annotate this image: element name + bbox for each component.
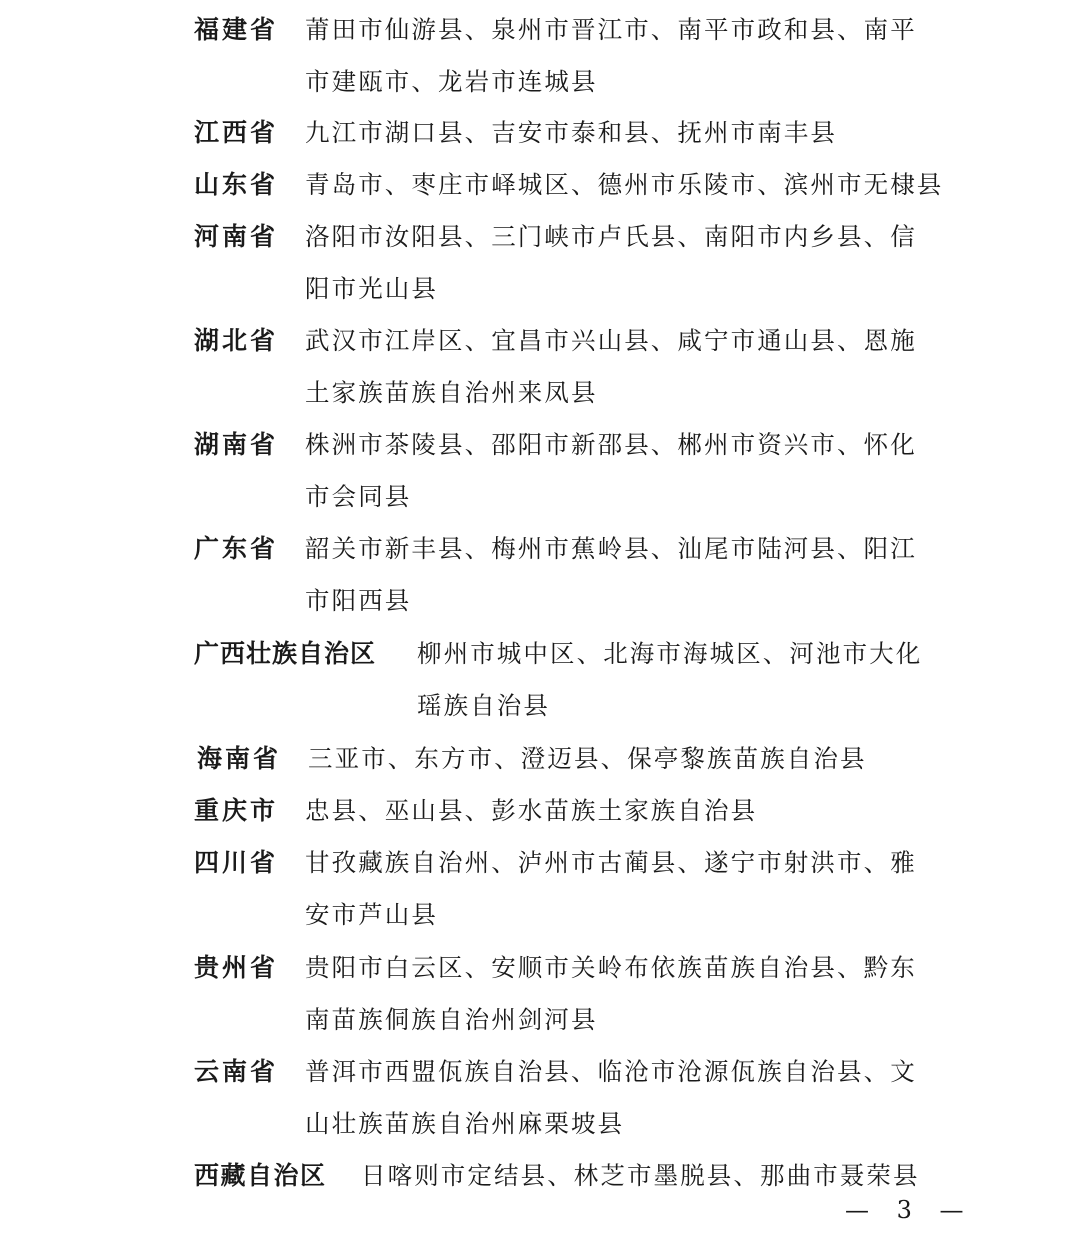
- content-line: 贵阳市白云区、安顺市关岭布依族苗族自治县、黔东: [305, 942, 945, 994]
- content-line: 忠县、巫山县、彭水苗族土家族自治县: [305, 785, 945, 837]
- region-label: 重庆市: [194, 785, 278, 837]
- region-content: 韶关市新丰县、梅州市蕉岭县、汕尾市陆河县、阳江 市阳西县: [305, 523, 945, 627]
- content-line: 三亚市、东方市、澄迈县、保亭黎族苗族自治县: [308, 733, 948, 785]
- content-line: 瑶族自治县: [417, 680, 1057, 732]
- region-label: 河南省: [194, 211, 278, 263]
- content-line: 韶关市新丰县、梅州市蕉岭县、汕尾市陆河县、阳江: [305, 523, 945, 575]
- content-line: 市会同县: [305, 471, 945, 523]
- region-label: 福建省: [194, 4, 278, 56]
- region-content: 忠县、巫山县、彭水苗族土家族自治县: [305, 785, 945, 837]
- region-label: 广西壮族自治区: [194, 628, 376, 680]
- region-content: 洛阳市汝阳县、三门峡市卢氏县、南阳市内乡县、信 阳市光山县: [305, 211, 945, 315]
- region-label: 广东省: [194, 523, 278, 575]
- region-content: 九江市湖口县、吉安市泰和县、抚州市南丰县: [305, 107, 945, 159]
- region-label: 贵州省: [194, 942, 278, 994]
- region-content: 普洱市西盟佤族自治县、临沧市沧源佤族自治县、文 山壮族苗族自治州麻栗坡县: [305, 1046, 945, 1150]
- content-line: 柳州市城中区、北海市海城区、河池市大化: [417, 628, 1057, 680]
- content-line: 莆田市仙游县、泉州市晋江市、南平市政和县、南平: [305, 4, 945, 56]
- content-line: 安市芦山县: [305, 889, 945, 941]
- region-content: 柳州市城中区、北海市海城区、河池市大化 瑶族自治县: [417, 628, 1057, 732]
- content-line: 土家族苗族自治州来凤县: [305, 367, 945, 419]
- content-line: 甘孜藏族自治州、泸州市古蔺县、遂宁市射洪市、雅: [305, 837, 945, 889]
- content-line: 普洱市西盟佤族自治县、临沧市沧源佤族自治县、文: [305, 1046, 945, 1098]
- region-label: 云南省: [194, 1046, 278, 1098]
- content-line: 市阳西县: [305, 575, 945, 627]
- content-line: 武汉市江岸区、宜昌市兴山县、咸宁市通山县、恩施: [305, 315, 945, 367]
- region-label: 山东省: [194, 159, 278, 211]
- page-number: — 3 —: [845, 1196, 974, 1224]
- content-line: 九江市湖口县、吉安市泰和县、抚州市南丰县: [305, 107, 945, 159]
- region-label: 湖南省: [194, 419, 278, 471]
- content-line: 日喀则市定结县、林芝市墨脱县、那曲市聂荣县: [361, 1150, 1001, 1202]
- content-line: 洛阳市汝阳县、三门峡市卢氏县、南阳市内乡县、信: [305, 211, 945, 263]
- content-line: 山壮族苗族自治州麻栗坡县: [305, 1098, 945, 1150]
- content-line: 阳市光山县: [305, 263, 945, 315]
- region-label: 西藏自治区: [194, 1150, 327, 1202]
- region-content: 贵阳市白云区、安顺市关岭布依族苗族自治县、黔东 南苗族侗族自治州剑河县: [305, 942, 945, 1046]
- region-label: 四川省: [194, 837, 278, 889]
- region-content: 青岛市、枣庄市峄城区、德州市乐陵市、滨州市无棣县: [305, 159, 945, 211]
- content-line: 株洲市茶陵县、邵阳市新邵县、郴州市资兴市、怀化: [305, 419, 945, 471]
- region-content: 株洲市茶陵县、邵阳市新邵县、郴州市资兴市、怀化 市会同县: [305, 419, 945, 523]
- region-content: 莆田市仙游县、泉州市晋江市、南平市政和县、南平 市建瓯市、龙岩市连城县: [305, 4, 945, 108]
- content-line: 市建瓯市、龙岩市连城县: [305, 56, 945, 108]
- region-content: 甘孜藏族自治州、泸州市古蔺县、遂宁市射洪市、雅 安市芦山县: [305, 837, 945, 941]
- region-content: 日喀则市定结县、林芝市墨脱县、那曲市聂荣县: [361, 1150, 1001, 1202]
- region-label: 海南省: [197, 733, 281, 785]
- content-line: 南苗族侗族自治州剑河县: [305, 994, 945, 1046]
- region-content: 武汉市江岸区、宜昌市兴山县、咸宁市通山县、恩施 土家族苗族自治州来凤县: [305, 315, 945, 419]
- region-label: 江西省: [194, 107, 278, 159]
- region-content: 三亚市、东方市、澄迈县、保亭黎族苗族自治县: [308, 733, 948, 785]
- region-label: 湖北省: [194, 315, 278, 367]
- content-line: 青岛市、枣庄市峄城区、德州市乐陵市、滨州市无棣县: [305, 159, 945, 211]
